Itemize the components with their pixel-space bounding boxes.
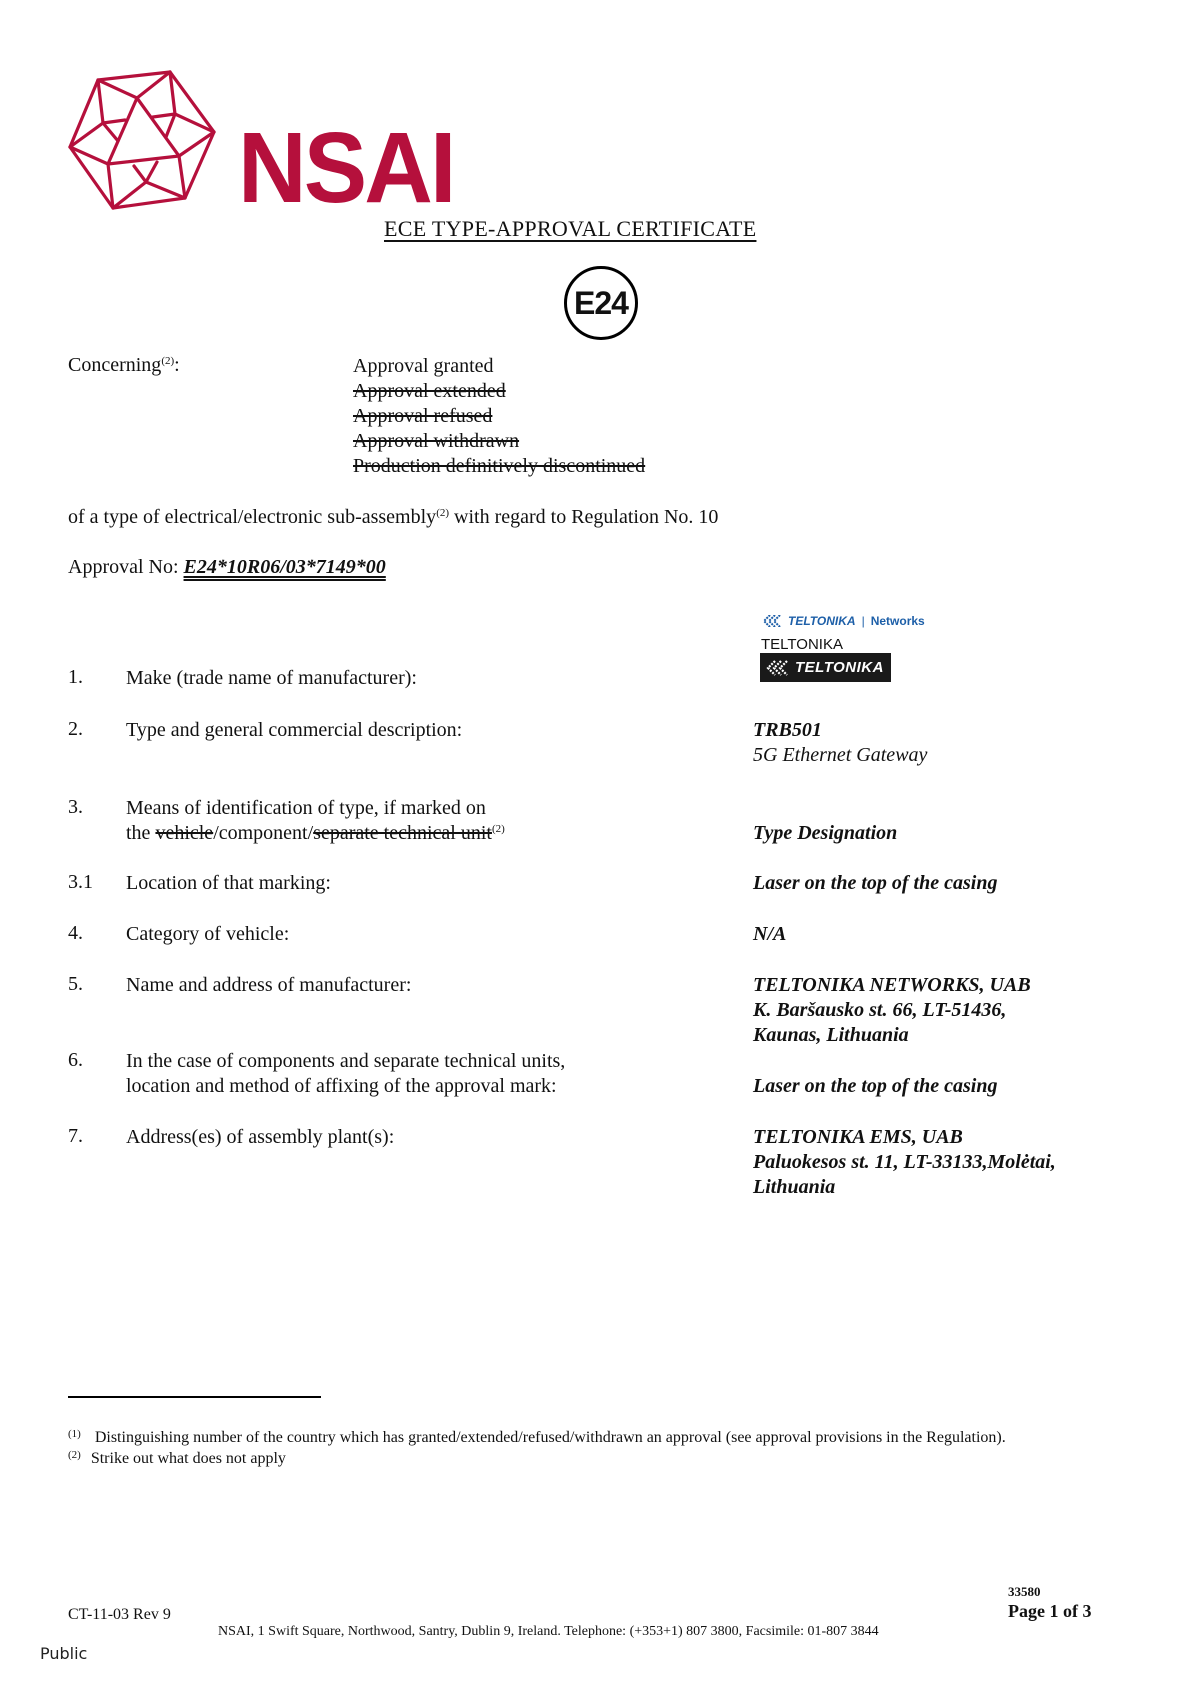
item-6-value: Laser on the top of the casing <box>753 1074 997 1099</box>
item-2-label: Type and general commercial description: <box>126 718 462 743</box>
item-5-number: 5. <box>68 973 83 996</box>
item-3-label-line1: Means of identification of type, if mark… <box>126 796 486 821</box>
subject-line: of a type of electrical/electronic sub-a… <box>68 506 718 529</box>
concerning-label: Concerning(2): <box>68 354 180 377</box>
nsai-logo-text: NSAI <box>238 118 454 218</box>
approval-number-value: E24*10R06/03*7149*00 <box>184 556 386 578</box>
item-4-label: Category of vehicle: <box>126 922 289 947</box>
item-7-value-line3: Lithuania <box>753 1175 835 1200</box>
item-3-1-number: 3.1 <box>68 871 93 894</box>
item-1-label: Make (trade name of manufacturer): <box>126 666 417 691</box>
reference-number: 33580 <box>1008 1584 1041 1600</box>
item-3-number: 3. <box>68 796 83 819</box>
footnote-2: (2)Strike out what does not apply <box>68 1449 286 1468</box>
certificate-title: ECE TYPE-APPROVAL CERTIFICATE <box>384 216 756 242</box>
teltonika-logo-dark: TELTONIKA <box>760 653 891 682</box>
item-3-value: Type Designation <box>753 821 897 846</box>
item-2-number: 2. <box>68 718 83 741</box>
teltonika-networks-logo: TELTONIKA | Networks <box>762 614 925 628</box>
item-2-value-description: 5G Ethernet Gateway <box>753 743 927 768</box>
concerning-options: Approval granted Approval extended Appro… <box>353 354 645 479</box>
option-approval-extended: Approval extended <box>353 379 645 404</box>
footer-address: NSAI, 1 Swift Square, Northwood, Santry,… <box>218 1624 879 1640</box>
approval-mark-badge: E24 <box>564 266 638 340</box>
nsai-logo-icon <box>66 70 226 220</box>
option-production-discontinued: Production definitively discontinued <box>353 454 645 479</box>
approval-mark-text: E24 <box>574 285 628 322</box>
item-5-value-line2: K. Baršausko st. 66, LT-51436, <box>753 998 1006 1023</box>
approval-number: Approval No: E24*10R06/03*7149*00 <box>68 556 386 579</box>
item-3-label-line2: the vehicle/component/separate technical… <box>126 821 505 846</box>
item-7-number: 7. <box>68 1125 83 1148</box>
form-code: CT-11-03 Rev 9 <box>68 1606 171 1624</box>
footnote-1: (1)Distinguishing number of the country … <box>68 1428 1006 1447</box>
item-6-number: 6. <box>68 1049 83 1072</box>
item-5-label: Name and address of manufacturer: <box>126 973 411 998</box>
item-6-label-line1: In the case of components and separate t… <box>126 1049 565 1074</box>
item-6-label-line2: location and method of affixing of the a… <box>126 1074 557 1099</box>
option-approval-refused: Approval refused <box>353 404 645 429</box>
option-approval-withdrawn: Approval withdrawn <box>353 429 645 454</box>
teltonika-chevron-icon <box>766 660 792 676</box>
item-4-number: 4. <box>68 922 83 945</box>
item-5-value-line1: TELTONIKA NETWORKS, UAB <box>753 973 1031 998</box>
classification-label: Public <box>40 1644 87 1663</box>
teltonika-chevron-icon <box>762 615 784 627</box>
option-approval-granted: Approval granted <box>353 354 645 379</box>
item-3-1-label: Location of that marking: <box>126 871 331 896</box>
item-5-value-line3: Kaunas, Lithuania <box>753 1023 909 1048</box>
approval-number-label: Approval No: <box>68 556 184 578</box>
item-2-value-type: TRB501 <box>753 718 822 743</box>
teltonika-text: TELTONIKA <box>761 636 843 653</box>
footnote-separator <box>68 1396 321 1398</box>
page-number: Page 1 of 3 <box>1008 1601 1091 1622</box>
item-7-label: Address(es) of assembly plant(s): <box>126 1125 394 1150</box>
item-1-number: 1. <box>68 666 83 689</box>
item-3-1-value: Laser on the top of the casing <box>753 871 997 896</box>
item-4-value: N/A <box>753 922 786 947</box>
item-7-value-line1: TELTONIKA EMS, UAB <box>753 1125 963 1150</box>
item-7-value-line2: Paluokesos st. 11, LT-33133,Molėtai, <box>753 1150 1056 1175</box>
